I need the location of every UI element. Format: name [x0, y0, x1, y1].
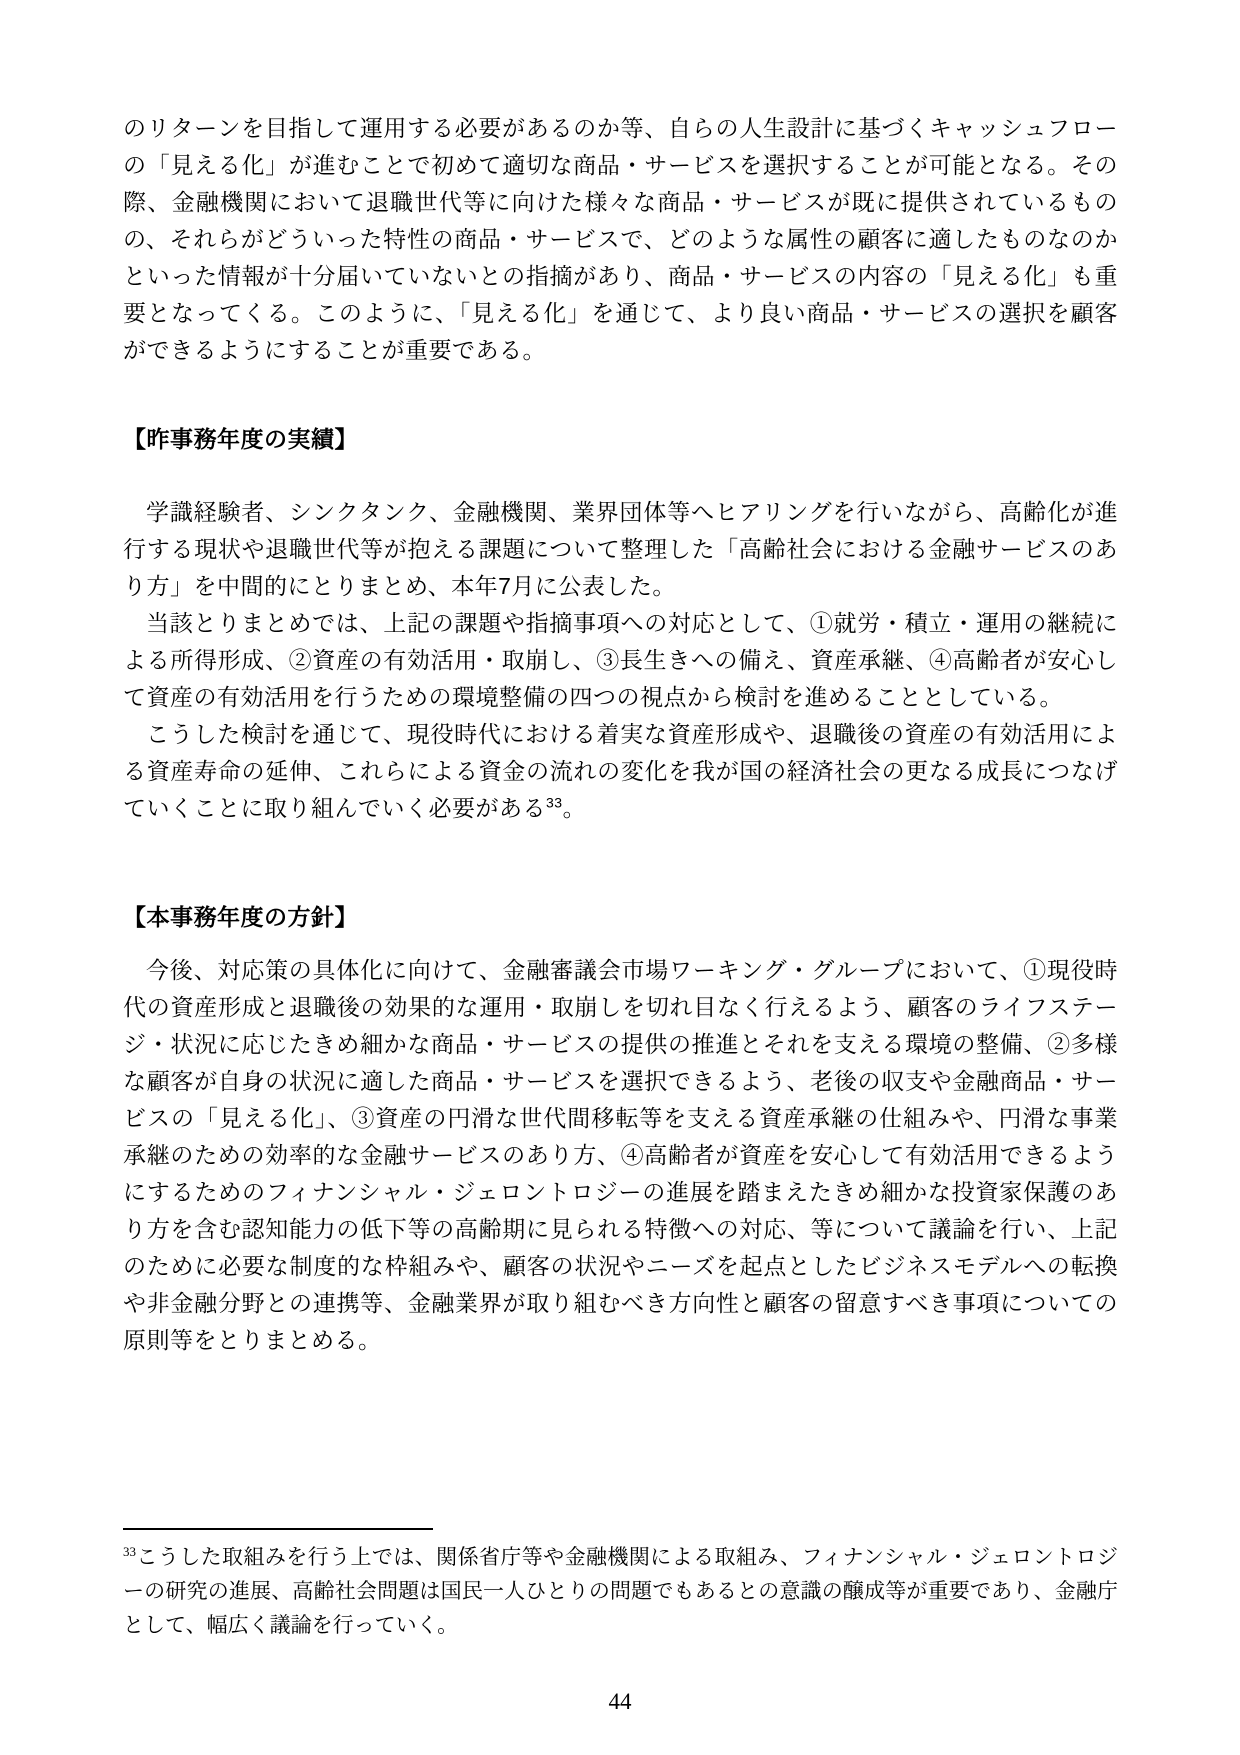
paragraph-hearings-interim-report: 学識経験者、シンクタンク、金融機関、業界団体等へヒアリングを行いながら、高齢化が… — [123, 494, 1118, 605]
footnote-area: 33こうした取組みを行う上では、関係省庁等や金融機関による取組み、フィナンシャル… — [123, 1528, 1118, 1642]
footnote-marker-33: 33 — [123, 1544, 136, 1559]
page-body: のリターンを目指して運用する必要があるのか等、自らの人生設計に基づくキャッシュフ… — [123, 110, 1118, 1359]
section-heading-current-fiscal-year-policy: 【本事務年度の方針】 — [123, 899, 1118, 936]
footnote-separator-rule — [123, 1528, 433, 1530]
paragraph-body: こうした検討を通じて、現役時代における着実な資産形成や、退職後の資産の有効活用に… — [123, 721, 1118, 821]
paragraph-with-footnote-ref: こうした検討を通じて、現役時代における着実な資産形成や、退職後の資産の有効活用に… — [123, 716, 1118, 827]
document-page: のリターンを目指して運用する必要があるのか等、自らの人生設計に基づくキャッシュフ… — [0, 0, 1240, 1755]
paragraph-four-viewpoints: 当該とりまとめでは、上記の課題や指摘事項への対応として、①就労・積立・運用の継続… — [123, 605, 1118, 716]
section-heading-last-fiscal-year-results: 【昨事務年度の実績】 — [123, 421, 1118, 458]
intro-paragraph: のリターンを目指して運用する必要があるのか等、自らの人生設計に基づくキャッシュフ… — [123, 110, 1118, 369]
footnote-ref-33: 33 — [546, 794, 563, 810]
paragraph-working-group-policy: 今後、対応策の具体化に向けて、金融審議会市場ワーキング・グループにおいて、①現役… — [123, 952, 1118, 1359]
page-number: 44 — [0, 1689, 1240, 1715]
footnote-33: 33こうした取組みを行う上では、関係省庁等や金融機関による取組み、フィナンシャル… — [123, 1540, 1118, 1642]
footnote-text-body: こうした取組みを行う上では、関係省庁等や金融機関による取組み、フィナンシャル・ジ… — [123, 1545, 1118, 1637]
paragraph-tail: 。 — [563, 795, 587, 821]
